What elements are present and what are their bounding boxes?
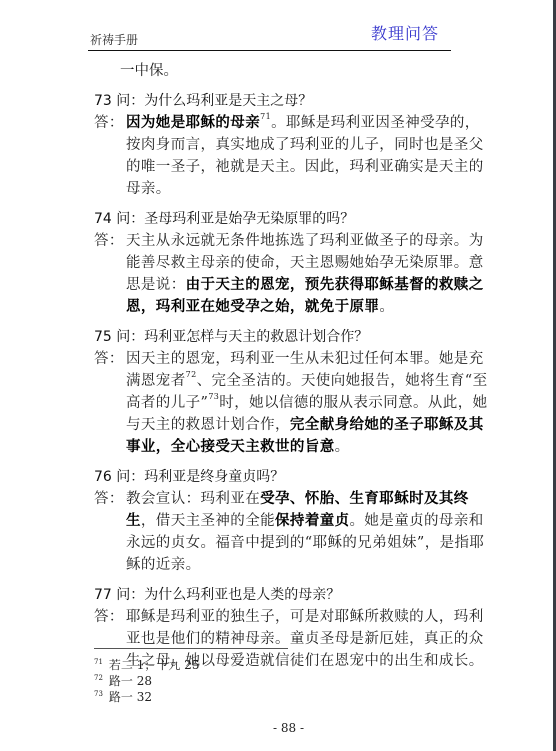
footnote-text: 路一 32 [109,690,152,704]
book-title: 祈祷手册 [90,31,138,48]
answer-label: 答： [94,112,124,134]
answer-text: 教会宣认：玛利亚在 [126,491,260,507]
footnote-divider [94,648,288,649]
footnote-ref[interactable]: 73 [208,392,219,401]
qa-item: 75 问：玛利亚怎样与天主的救恩计划合作？答：因天主的恩宠，玛利亚一生从未犯过任… [94,326,494,458]
page-header: 祈祷手册 教理问答 [88,22,451,51]
footnote-text: 若二 1；十九 25 [109,658,200,672]
footnote: 72路一 28 [94,673,199,689]
qa-list: 73 问：为什么玛利亚是天主之母？答：因为她是耶稣的母亲71。耶稣是玛利亚因圣神… [94,90,494,672]
footnote-number: 73 [94,690,103,698]
question: 76 问：玛利亚是终身童贞吗？ [94,466,494,488]
question: 74 问：圣母玛利亚是始孕无染原罪的吗？ [94,208,494,230]
footnote-number: 71 [94,658,103,666]
answer-label: 答： [94,230,124,252]
emphasis-text: 因为她是耶稣的母亲 [126,115,260,131]
qa-item: 74 问：圣母玛利亚是始孕无染原罪的吗？答：天主从永远就无条件地拣选了玛利亚做圣… [94,208,494,318]
answer-text: ，借天主圣神的全能 [141,513,275,529]
answer-text: 。 [335,439,350,455]
footnote-text: 路一 28 [109,674,152,688]
footnote-number: 72 [94,674,103,682]
answer: 答：因为她是耶稣的母亲71。耶稣是玛利亚因圣神受孕的，按肉身而言，真实地成了玛利… [94,112,494,200]
answer: 答：因天主的恩宠，玛利亚一生从未犯过任何本罪。她是充满恩宠者72、完全圣洁的。天… [94,348,494,458]
page-number: - 88 - [273,721,304,735]
question: 73 问：为什么玛利亚是天主之母？ [94,90,494,112]
question: 75 问：玛利亚怎样与天主的救恩计划合作？ [94,326,494,348]
answer: 答：教会宣认：玛利亚在受孕、怀胎、生育耶稣时及其终生，借天主圣神的全能保持着童贞… [94,488,494,576]
qa-item: 76 问：玛利亚是终身童贞吗？答：教会宣认：玛利亚在受孕、怀胎、生育耶稣时及其终… [94,466,494,576]
footnote-ref[interactable]: 71 [260,112,271,121]
answer-label: 答： [94,348,124,370]
emphasis-text: 保持着童贞 [275,513,350,529]
question: 77 问：为什么玛利亚也是人类的母亲？ [94,584,494,606]
qa-item: 73 问：为什么玛利亚是天主之母？答：因为她是耶稣的母亲71。耶稣是玛利亚因圣神… [94,90,494,200]
answer-label: 答： [94,488,124,510]
section-title: 教理问答 [371,21,439,44]
answer: 答：天主从永远就无条件地拣选了玛利亚做圣子的母亲。为能善尽救主母亲的使命，天主恩… [94,230,494,318]
footnotes: 71若二 1；十九 2572路一 2873路一 32 [94,657,199,705]
footnote-ref[interactable]: 72 [186,370,197,379]
footnote: 73路一 32 [94,689,199,705]
page-content: 一中保。 73 问：为什么玛利亚是天主之母？答：因为她是耶稣的母亲71。耶稣是玛… [94,60,494,680]
answer-text: 。 [379,299,394,315]
answer-label: 答： [94,606,124,628]
continued-text: 一中保。 [94,60,494,82]
footnote: 71若二 1；十九 25 [94,657,199,673]
